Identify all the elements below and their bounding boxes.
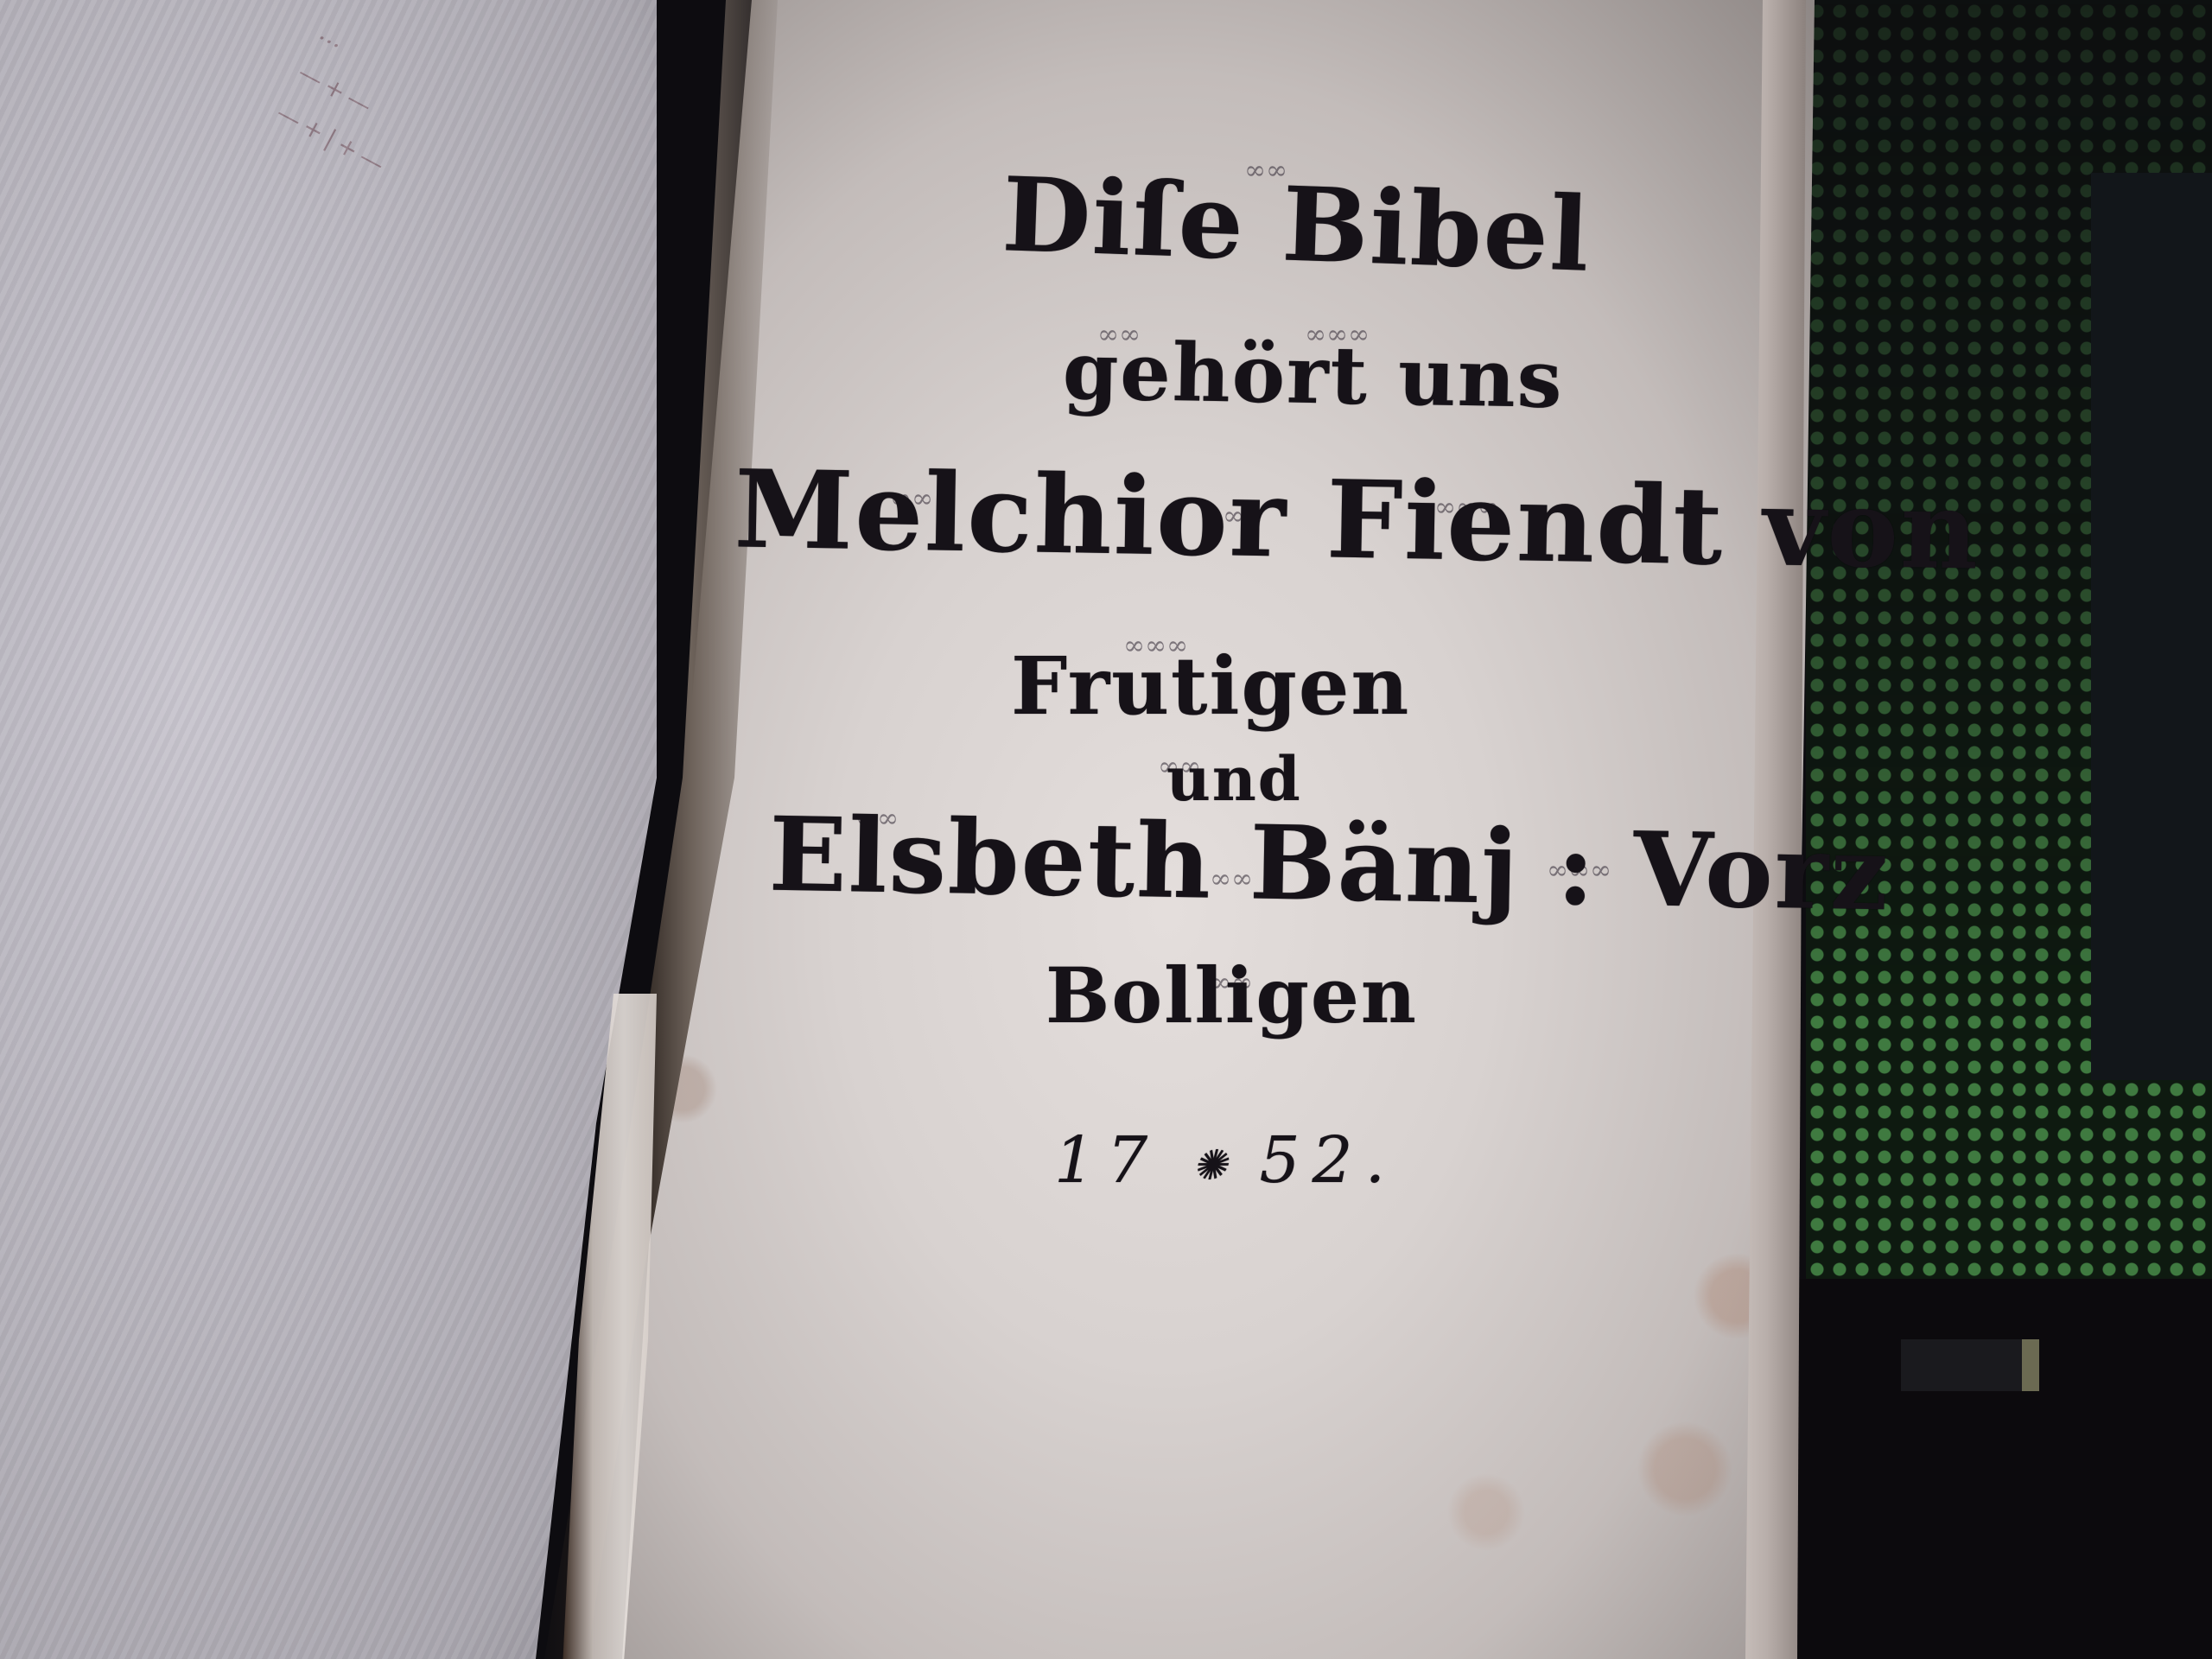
inscription-line-title: Diſe Bibel: [1001, 154, 1592, 295]
inscription-line-town2: Bolligen: [1046, 950, 1418, 1040]
dark-background: [1797, 1279, 2212, 1659]
inscription-line-belongs: gehört uns: [1062, 324, 1564, 426]
inscription-year: 17 ✺ 52.: [1054, 1123, 1397, 1198]
inscription-line-husband: Melchior Fiendt von: [734, 447, 1981, 594]
marginalia: … —+— —+|+—: [247, 17, 588, 308]
inscription-line-wife: Elsbeth Bänj : Vorz: [768, 794, 1891, 934]
year-suffix: 52.: [1259, 1123, 1397, 1198]
dark-background-object: [2091, 173, 2212, 1080]
year-prefix: 17: [1054, 1123, 1160, 1198]
sun-ornament-icon: ✺: [1192, 1141, 1227, 1190]
marginalia-line: —+|+—: [272, 99, 545, 262]
inscription-line-town1: Frutigen: [1011, 639, 1410, 733]
left-page: … —+— —+|+—: [0, 0, 657, 1659]
marginalia-line: …: [315, 17, 588, 181]
marginalia-line: —+—: [294, 58, 567, 221]
clip-object: [1901, 1339, 2039, 1391]
